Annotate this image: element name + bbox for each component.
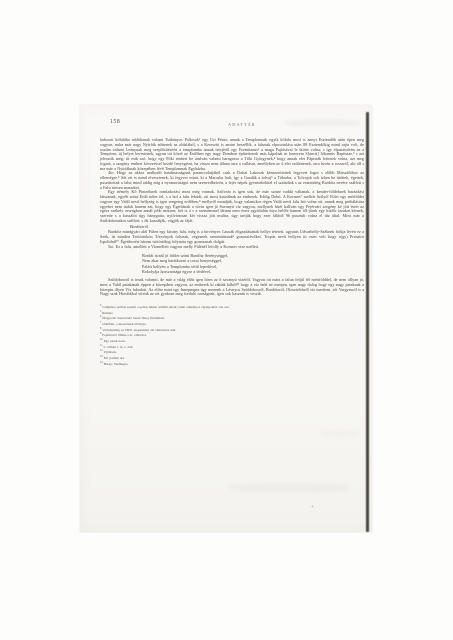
footnote-text: Magyarul: Keresztelő Szent János fürdőkh… — [102, 317, 165, 321]
page-number: 158 — [110, 119, 120, 125]
scanned-book-page: { "document": { "page_number": "158", "r… — [0, 0, 453, 640]
paragraph: Egy némely Kő Pintzéknek romladozási mos… — [100, 190, 364, 223]
footnotes-block: 4Csíkjános szóllás szerint a pallos feke… — [100, 304, 364, 366]
footnote-text: L. Orbán i. m. I. 224. — [104, 345, 134, 349]
scan-background: 158 ADATTÁR ladozott kőfalába tabláltana… — [0, 0, 453, 640]
footnote-text: Remete. — [102, 311, 113, 315]
plus-mark-artifact: + — [311, 504, 314, 510]
footnote-number: 14 — [100, 361, 103, 364]
footnote-text: Fél prófunt ára. — [104, 356, 125, 360]
paragraphs-after-verse: Szildobosról is írnak valamit, de már a … — [100, 278, 364, 297]
paragraph: 4to. Hogy az akkor uralkodó hatalmasságn… — [100, 171, 364, 190]
footnote-number: 11 — [100, 344, 103, 347]
footnote-number: 12 — [100, 349, 103, 352]
footnote: 14Harap: Szélhagos. — [100, 361, 364, 367]
footnote-number: 13 — [100, 355, 103, 358]
footnote-text: Ujjítások. — [104, 351, 117, 355]
scan-smudge — [230, 483, 350, 493]
paragraph: 5to. Ez a falu, amellett a Vízmellett va… — [100, 245, 364, 250]
paragraph: Bardótz mindgyárt alól Fülen egy kitsiny… — [100, 230, 364, 244]
book-page-sheet: 158 ADATTÁR ladozott kőfalába tabláltana… — [80, 105, 372, 532]
footnote-text: Fejérkővel töltike s.h.: elhordva. — [102, 334, 147, 338]
body-text-block: ladozott kőfalába tabláltanak valami Tsá… — [100, 138, 364, 366]
paragraphs-before-verse: ladozott kőfalába tabláltanak valami Tsá… — [100, 138, 364, 249]
footnote-text: Valószínűleg az 1809. szeptember 19-i üt… — [102, 328, 176, 332]
footnote-number: 10 — [100, 338, 103, 341]
verse-block: Bordát tsinál jó földet szánt Bardótz Se… — [142, 253, 364, 274]
running-header: ADATTÁR — [228, 122, 256, 127]
footnote-text: Csíkjános szóllás szerint a pallos feket… — [102, 305, 229, 309]
paragraph: Szildobosról is írnak valamit, de már a … — [100, 278, 364, 297]
page-spine-edge — [366, 112, 369, 532]
scan-smudge — [320, 430, 360, 436]
paragraph: ladozott kőfalába tabláltanak valami Tsá… — [100, 138, 364, 171]
verse-line: Rokolyája hosszansága egyez a térdével. — [142, 269, 364, 274]
footnote-text: Oláhfalu, a messzőnek öltözője. — [102, 322, 146, 326]
footnote-text: Harap: Szélhagos. — [104, 362, 129, 366]
scan-smudge — [285, 119, 360, 127]
footnote-text: Egy patak neve. — [104, 339, 126, 343]
